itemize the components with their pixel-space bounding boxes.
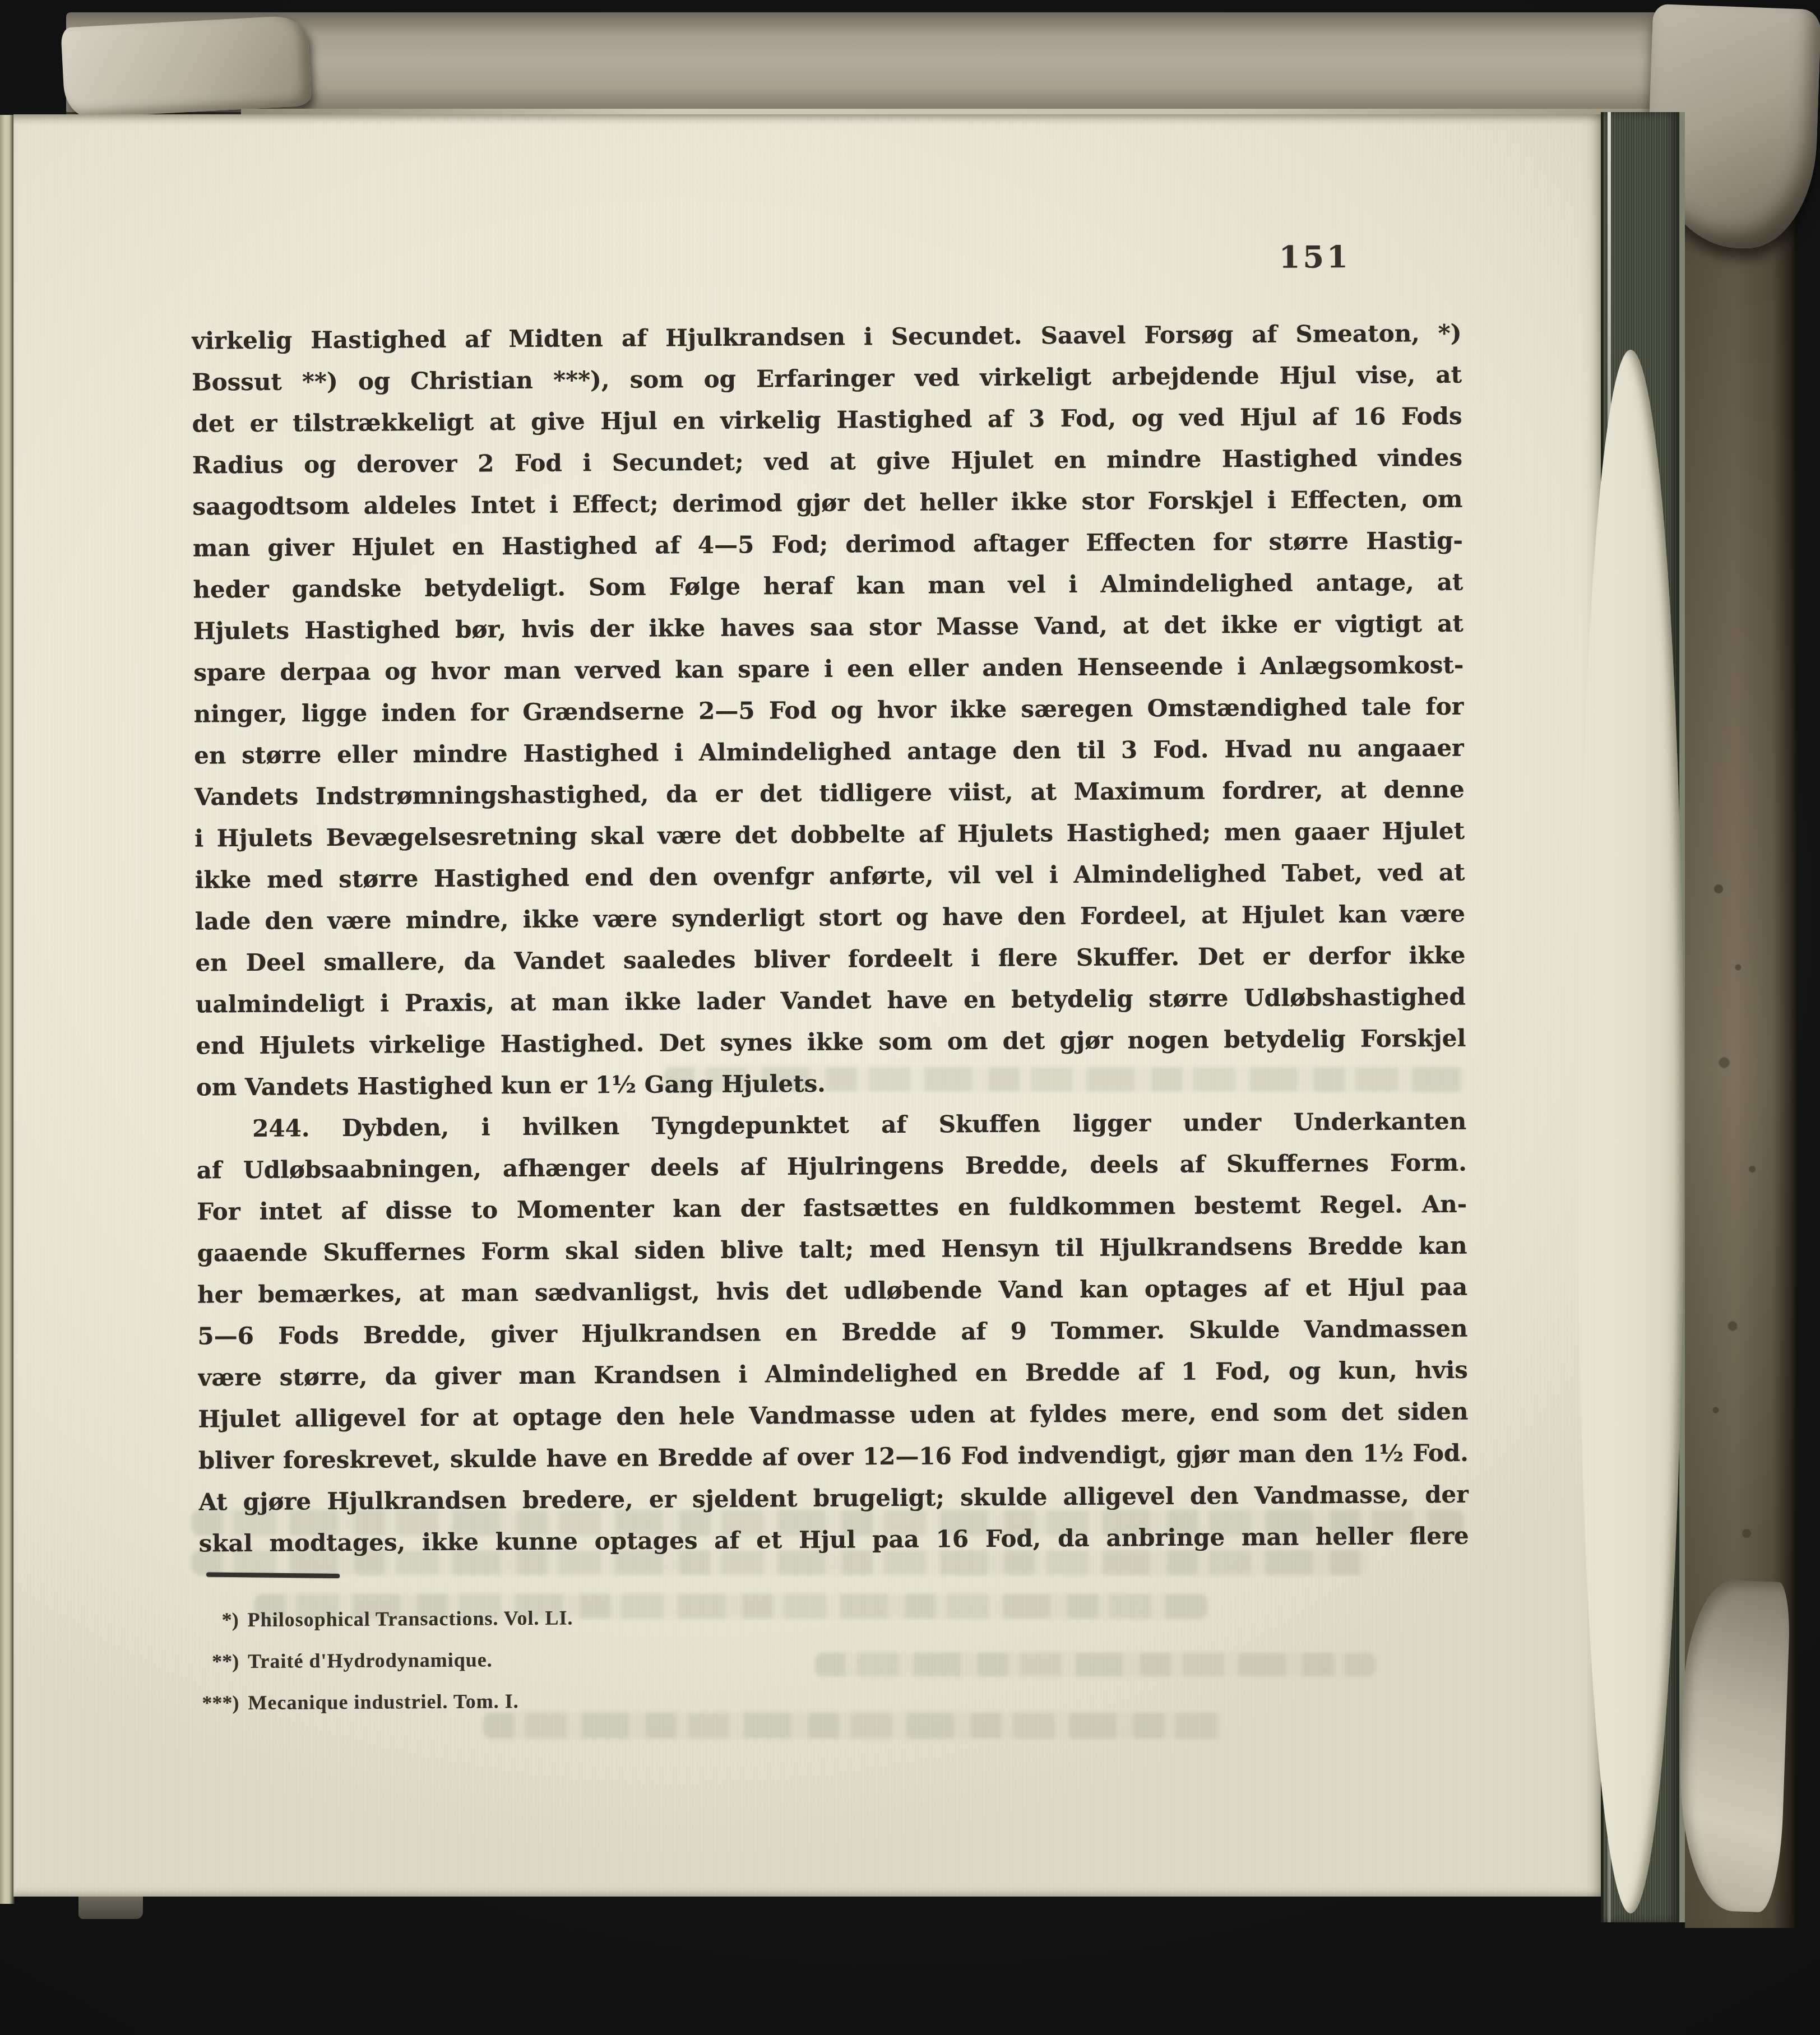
text-line: i Hjulets Bevægelsesretning skal være de… bbox=[194, 810, 1465, 860]
text-line: ninger, ligge inden for Grændserne 2—5 F… bbox=[194, 686, 1464, 735]
text-line: en større eller mindre Hastighed i Almin… bbox=[194, 727, 1464, 777]
footnote-marker: ***) bbox=[200, 1682, 239, 1723]
body-text: virkelig Hastighed af Midten af Hjulkran… bbox=[191, 313, 1469, 1565]
text-line: spare derpaa og hvor man verved kan spar… bbox=[193, 645, 1464, 694]
book-photo-scene: 151 virkelig Hastighed af Midten af Hjul… bbox=[0, 0, 1820, 2035]
text-line: heder gandske betydeligt. Som Følge hera… bbox=[193, 562, 1463, 611]
footnote: **)Traité d'Hydrodynamique. bbox=[200, 1633, 1470, 1682]
text-line: lade den være mindre, ikke være synderli… bbox=[195, 893, 1465, 943]
footnote: *)Philosophical Transactions. Vol. LI. bbox=[199, 1592, 1469, 1641]
footnote-text: Traité d'Hydrodynamique. bbox=[248, 1648, 493, 1672]
footnote-divider bbox=[206, 1572, 340, 1578]
text-line: Bossut **) og Christian ***), som og Erf… bbox=[192, 354, 1462, 404]
text-line: At gjøre Hjulkrandsen bredere, er sjelde… bbox=[198, 1474, 1469, 1523]
text-line: det er tilstrækkeligt at give Hjul en vi… bbox=[192, 396, 1462, 445]
text-line: her bemærkes, at man sædvanligst, hvis d… bbox=[197, 1267, 1467, 1316]
footnote-marker: **) bbox=[200, 1640, 239, 1682]
text-line: ikke med større Hastighed end den ovenfg… bbox=[194, 852, 1465, 901]
text-line: være større, da giver man Krandsen i Alm… bbox=[198, 1350, 1468, 1399]
text-line: Radius og derover 2 Fod i Secundet; ved … bbox=[192, 437, 1462, 486]
footnote-text: Mecanique industriel. Tom. I. bbox=[248, 1690, 518, 1714]
text-line: saagodtsom aldeles Intet i Effect; derim… bbox=[192, 479, 1462, 528]
text-line-paragraph-start: 244. Dybden, i hvilken Tyngdepunktet af … bbox=[196, 1101, 1466, 1150]
book-page: 151 virkelig Hastighed af Midten af Hjul… bbox=[13, 114, 1601, 1897]
printed-content: 151 virkelig Hastighed af Midten af Hjul… bbox=[9, 110, 1607, 1902]
text-line: ualmindeligt i Praxis, at man ikke lader… bbox=[196, 976, 1466, 1026]
text-line: end Hjulets virkelige Hastighed. Det syn… bbox=[196, 1018, 1466, 1067]
text-line: 5—6 Fods Bredde, giver Hjulkrandsen en B… bbox=[197, 1308, 1467, 1357]
text-line: man giver Hjulet en Hastighed af 4—5 Fod… bbox=[193, 520, 1463, 569]
text-line: af Udløbsaabningen, afhænger deels af Hj… bbox=[196, 1142, 1466, 1192]
text-line: skal modtages, ikke kunne optages af et … bbox=[199, 1515, 1469, 1565]
text-line: Hjulets Hastighed bør, hvis der ikke hav… bbox=[193, 603, 1464, 652]
text-line: en Deel smallere, da Vandet saaledes bli… bbox=[195, 935, 1465, 984]
footnote-marker: *) bbox=[199, 1599, 238, 1640]
book-cover-top-edge bbox=[66, 12, 1800, 112]
footnotes: *)Philosophical Transactions. Vol. LI. *… bbox=[199, 1592, 1470, 1724]
text-line: For intet af disse to Momenter kan der f… bbox=[197, 1184, 1467, 1233]
text-line: Hjulet alligevel for at optage den hele … bbox=[198, 1391, 1468, 1440]
page-number: 151 bbox=[1267, 239, 1363, 275]
text-line: gaaende Skuffernes Form skal siden blive… bbox=[197, 1225, 1467, 1274]
text-line: Vandets Indstrømningshastighed, da er de… bbox=[194, 769, 1464, 818]
text-line: om Vandets Hastighed kun er 1½ Gang Hjul… bbox=[196, 1059, 1466, 1109]
text-line: bliver foreskrevet, skulde have en Bredd… bbox=[198, 1433, 1469, 1482]
footnote: ***)Mecanique industriel. Tom. I. bbox=[200, 1675, 1470, 1724]
book-cover-corner-damage bbox=[61, 15, 312, 119]
text-line: virkelig Hastighed af Midten af Hjulkran… bbox=[191, 313, 1461, 362]
footnote-text: Philosophical Transactions. Vol. LI. bbox=[247, 1606, 573, 1631]
